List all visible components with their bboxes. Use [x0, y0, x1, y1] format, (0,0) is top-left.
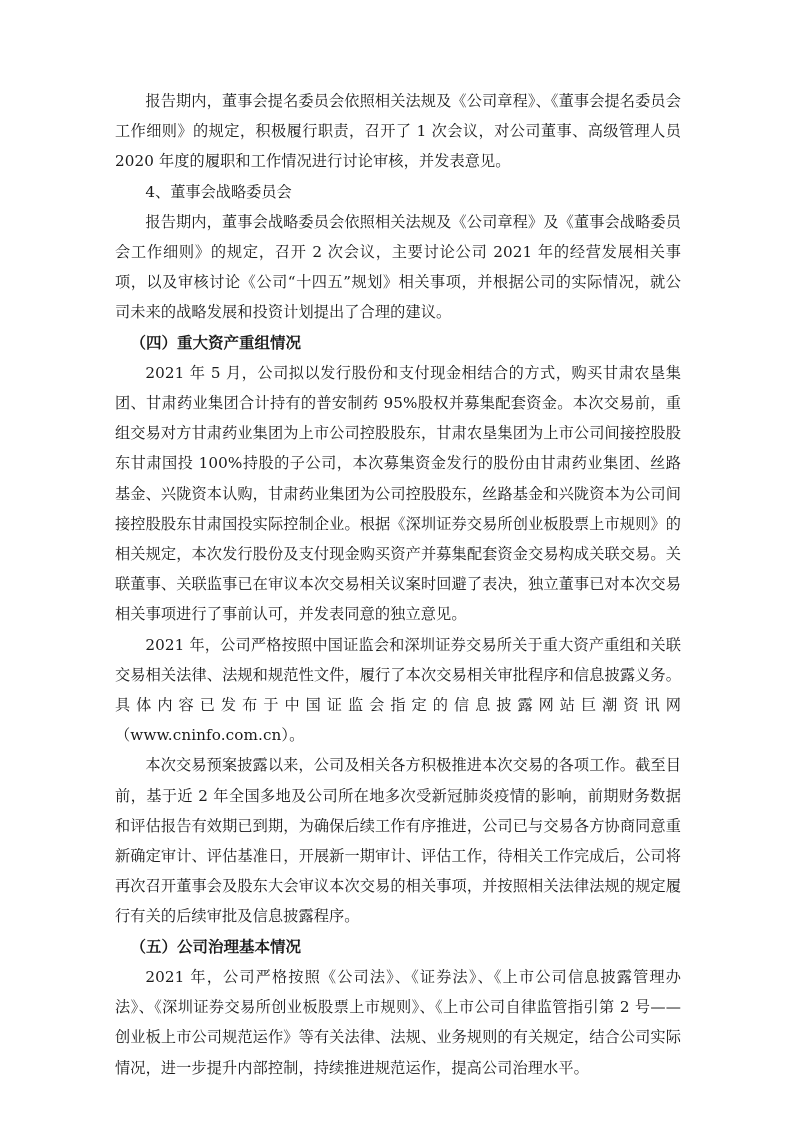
paragraph-restructuring-compliance: 2021 年，公司严格按照中国证监会和深圳证券交易所关于重大资产重组和关联交易相… — [115, 630, 681, 751]
section-heading-major-restructuring: （四）重大资产重组情况 — [115, 328, 681, 358]
paragraph-nomination-committee: 报告期内，董事会提名委员会依照相关法规及《公司章程》、《董事会提名委员会工作细则… — [115, 86, 681, 177]
paragraph-restructuring-progress: 本次交易预案披露以来，公司及相关各方积极推进本次交易的各项工作。截至目前，基于近… — [115, 750, 681, 931]
subheading-strategy-committee: 4、董事会战略委员会 — [115, 177, 681, 207]
paragraph-corporate-governance: 2021 年，公司严格按照《公司法》、《证券法》、《上市公司信息披露管理办法》、… — [115, 962, 681, 1083]
paragraph-restructuring-overview: 2021 年 5 月，公司拟以发行股份和支付现金相结合的方式，购买甘肃农垦集团、… — [115, 358, 681, 630]
section-heading-corporate-governance: （五）公司治理基本情况 — [115, 932, 681, 962]
document-page: 报告期内，董事会提名委员会依照相关法规及《公司章程》、《董事会提名委员会工作细则… — [115, 86, 681, 1083]
paragraph-strategy-committee: 报告期内，董事会战略委员会依照相关法规及《公司章程》及《董事会战略委员会工作细则… — [115, 207, 681, 328]
